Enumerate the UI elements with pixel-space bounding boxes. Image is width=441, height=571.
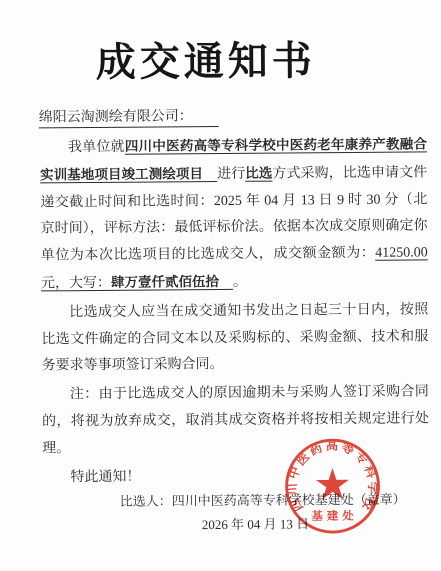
- recipient-line: 绵阳云淘测绘有限公司：: [39, 107, 219, 128]
- procurement-method: 比选: [245, 165, 272, 180]
- award-amount-caps: 肆万壹仟贰佰伍拾: [111, 274, 219, 290]
- award-tail: 。: [233, 275, 247, 290]
- page-title: 成交通知书: [0, 28, 426, 88]
- amount-caps-label: 大写：: [69, 276, 111, 291]
- document-sheet: 成交通知书 绵阳云淘测绘有限公司： 我单位就四川中医药高等专科学校中医药老年康养…: [0, 0, 441, 571]
- scanned-notice-page: 成交通知书 绵阳云淘测绘有限公司： 我单位就四川中医药高等专科学校中医药老年康养…: [0, 0, 441, 571]
- official-seal-stamp: 四川中医药高等专科学校 基建处: [282, 436, 383, 537]
- paragraph-contract: 比选成交人应当在成交通知书发出之日起三十日内，按照比选文件确定的合同文本以及采购…: [41, 297, 429, 380]
- paragraph-award: 我单位就四川中医药高等专科学校中医药老年康养产教融合实训基地项目竣工测绘项目 进…: [40, 131, 428, 298]
- award-mid1: 进行: [217, 167, 245, 182]
- underline-blank: [219, 275, 233, 290]
- award-lead: 我单位就: [68, 140, 125, 155]
- recipient-company: 绵阳云淘测绘有限公司：: [39, 109, 219, 128]
- seal-department-text: 基建处: [311, 509, 357, 523]
- underline-blank: [203, 167, 217, 182]
- seal-star-icon: [316, 468, 349, 500]
